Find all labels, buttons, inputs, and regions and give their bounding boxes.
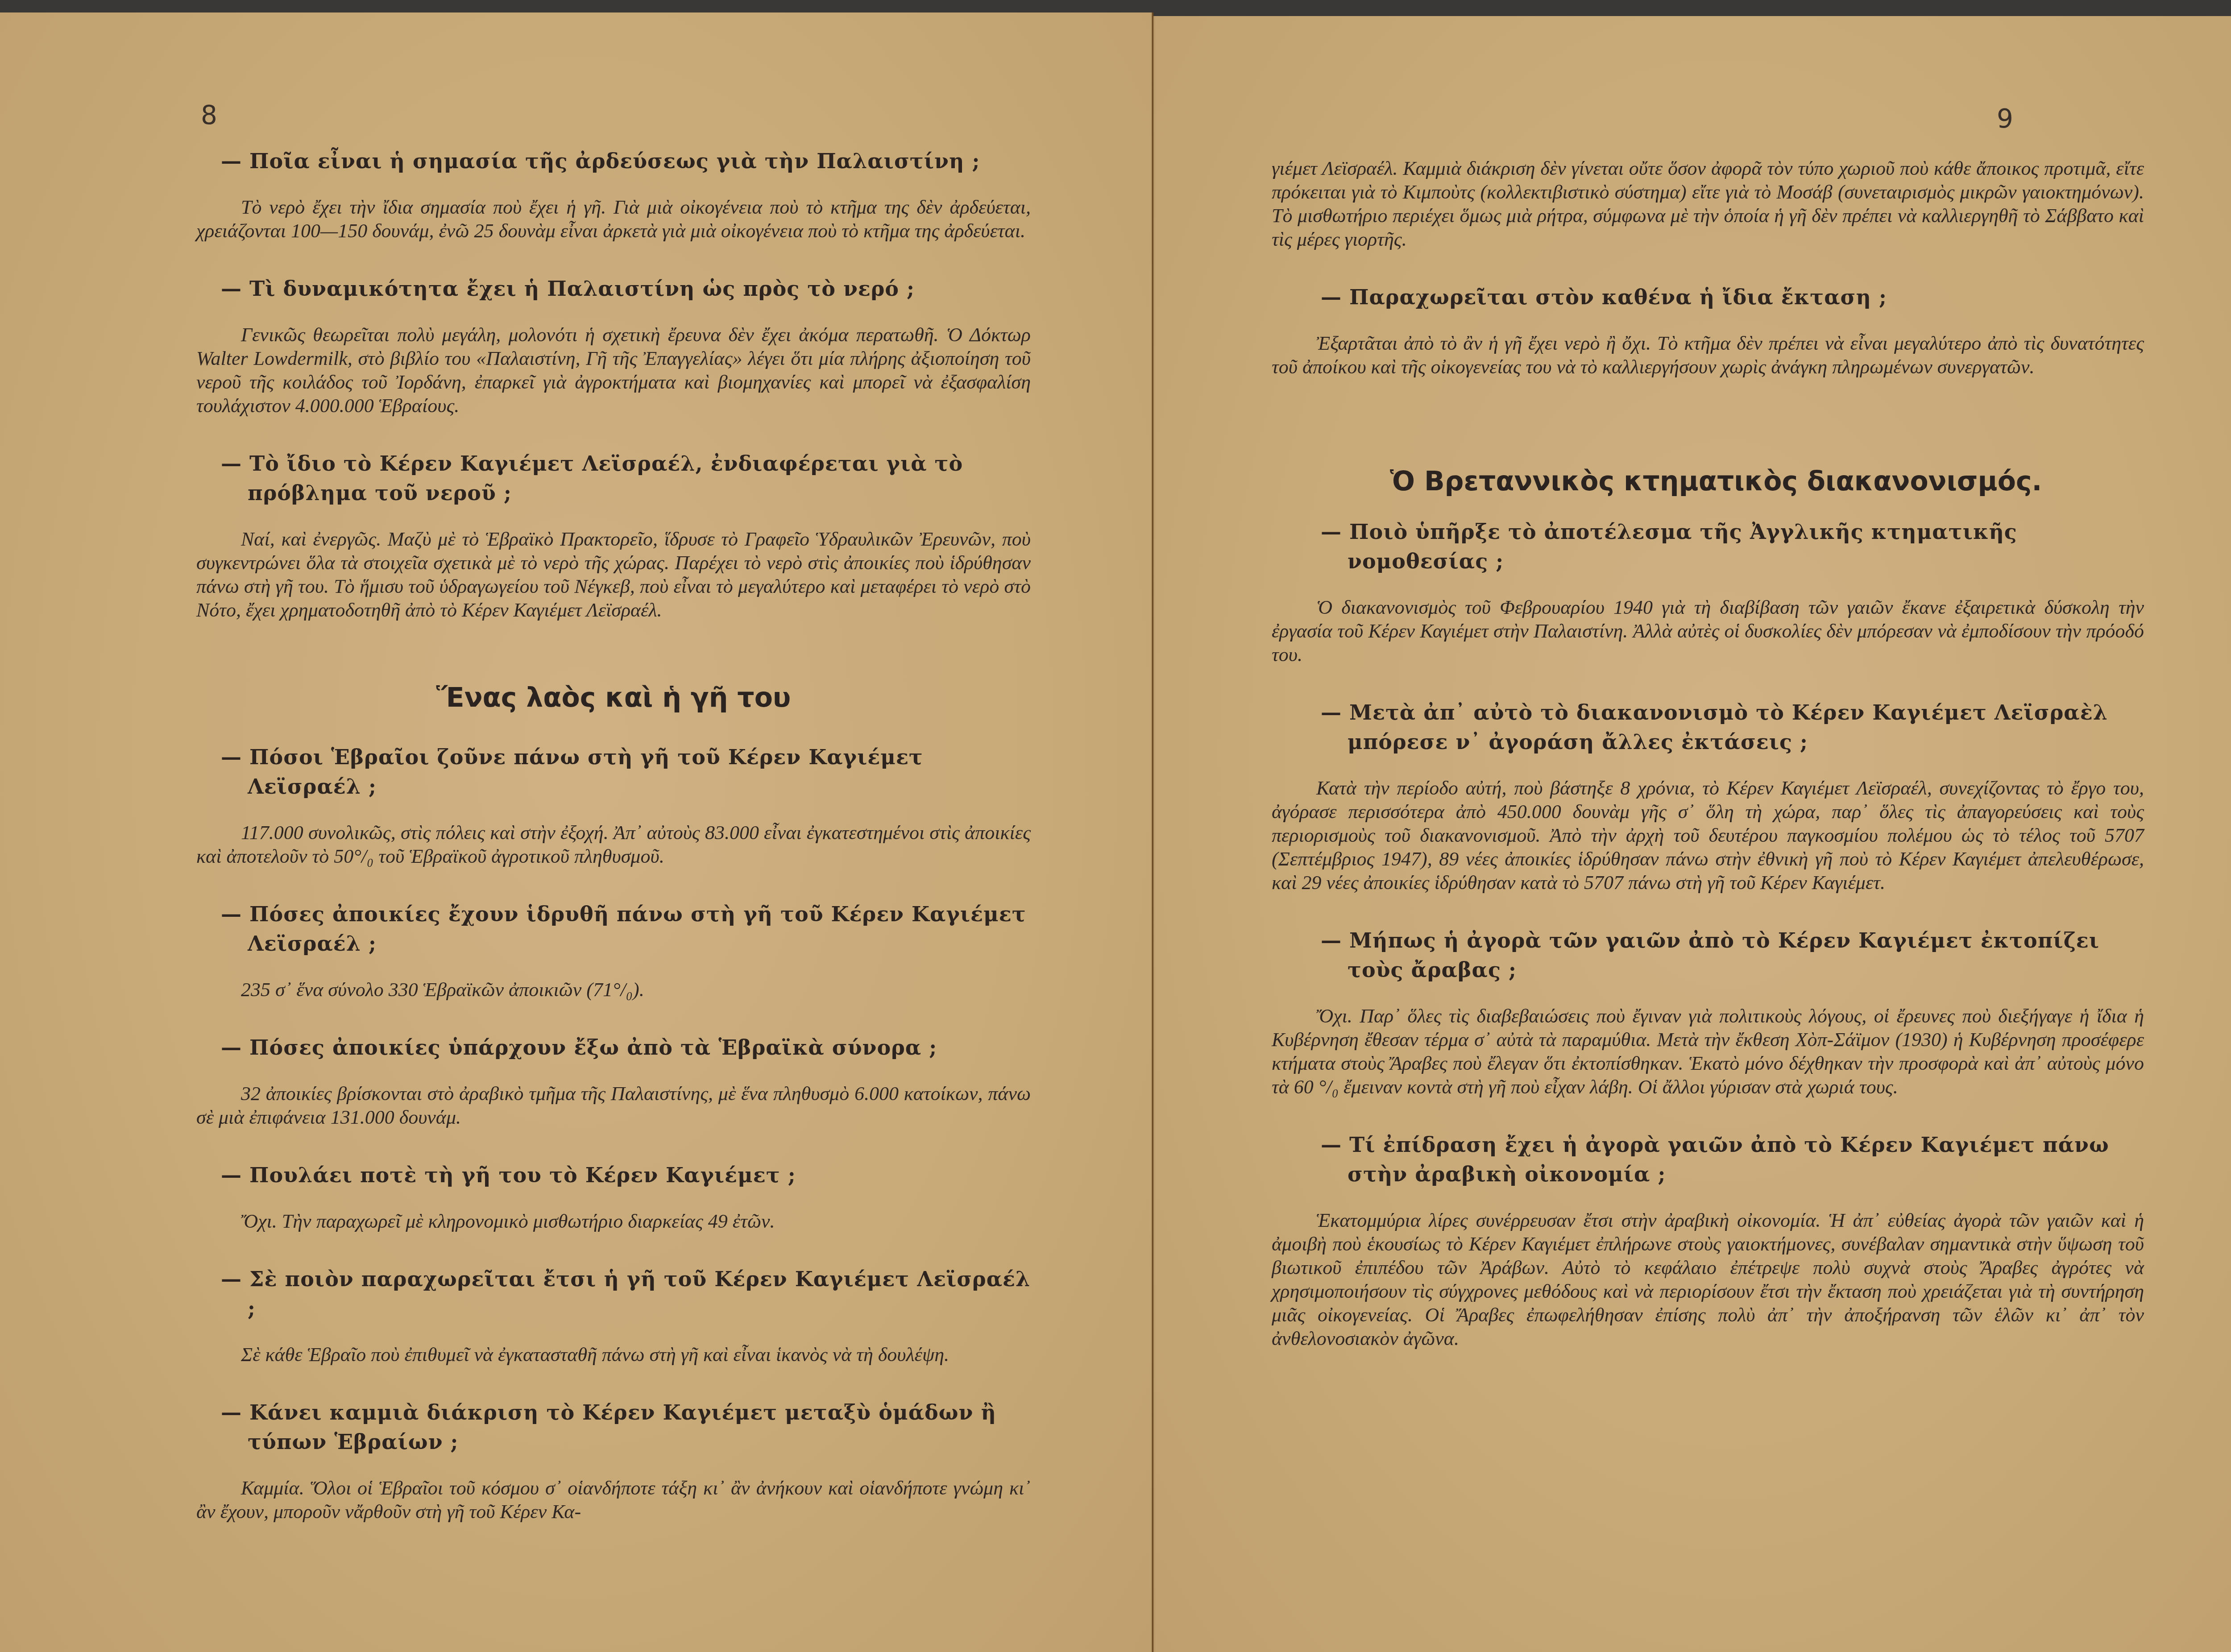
question: — Πόσες ἀποικίες ὑπάρχουν ἔξω ἀπὸ τὰ Ἑβρ… (196, 1033, 1031, 1062)
answer: Ὄχι. Τὴν παραχωρεῖ μὲ κληρονομικὸ μισθωτ… (196, 1209, 1031, 1233)
question: — Τὸ ἴδιο τὸ Κέρεν Καγιέμετ Λεϊσραέλ, ἐν… (196, 449, 1031, 508)
answer: Καμμία. Ὅλοι οἱ Ἑβραῖοι τοῦ κόσμου σ᾿ οἱ… (196, 1476, 1031, 1524)
section-heading: Ὁ Βρεταννικὸς κτηματικὸς διακανονισμός. (1272, 464, 2144, 499)
question: — Ποῖα εἶναι ἡ σημασία τῆς ἀρδεύσεως γιὰ… (196, 146, 1031, 176)
answer: 235 σ᾿ ἕνα σύνολο 330 Ἑβραϊκῶν ἀποικιῶν … (196, 978, 1031, 1002)
question: — Τὶ δυναμικότητα ἔχει ἡ Παλαιστίνη ὡς π… (196, 274, 1031, 303)
book-spread: 8 — Ποῖα εἶναι ἡ σημασία τῆς ἀρδεύσεως γ… (0, 12, 2231, 1652)
question: — Ποιὸ ὑπῆρξε τὸ ἀποτέλεσμα τῆς Ἀγγλικῆς… (1272, 517, 2144, 576)
answer: Κατὰ τὴν περίοδο αὐτή, ποὺ βάστηξε 8 χρό… (1272, 776, 2144, 894)
question: — Τί ἐπίδραση ἔχει ἡ ἀγορὰ γαιῶν ἀπὸ τὸ … (1272, 1130, 2144, 1189)
section-heading: Ἕνας λαὸς καὶ ἡ γῆ του (196, 680, 1031, 716)
question: — Πόσοι Ἑβραῖοι ζοῦνε πάνω στὴ γῆ τοῦ Κέ… (196, 742, 1031, 801)
answer-continued: γιέμετ Λεϊσραέλ. Καμμιὰ διάκριση δὲν γίν… (1272, 157, 2144, 251)
answer: Ναί, καὶ ἐνεργῶς. Μαζὺ μὲ τὸ Ἑβραϊκὸ Πρα… (196, 527, 1031, 622)
question: — Πουλάει ποτὲ τὴ γῆ του τὸ Κέρεν Καγιέμ… (196, 1160, 1031, 1190)
left-page-content: — Ποῖα εἶναι ἡ σημασία τῆς ἀρδεύσεως γιὰ… (196, 146, 1031, 1555)
answer: Σὲ κάθε Ἑβραῖο ποὺ ἐπιθυμεῖ νὰ ἐγκαταστα… (196, 1343, 1031, 1366)
question: — Κάνει καμμιὰ διάκριση τὸ Κέρεν Καγιέμε… (196, 1398, 1031, 1457)
answer: Ὁ διακανονισμὸς τοῦ Φεβρουαρίου 1940 γιὰ… (1272, 596, 2144, 667)
answer: Τὸ νερὸ ἔχει τὴν ἴδια σημασία ποὺ ἔχει ἡ… (196, 195, 1031, 243)
question: — Πόσες ἀποικίες ἔχουν ἱδρυθῆ πάνω στὴ γ… (196, 899, 1031, 958)
page-number-left: 8 (201, 100, 217, 130)
question: — Μήπως ἡ ἀγορὰ τῶν γαιῶν ἀπὸ τὸ Κέρεν Κ… (1272, 926, 2144, 985)
answer: Ἐξαρτᾶται ἀπὸ τὸ ἂν ἡ γῆ ἔχει νερὸ ἢ ὄχι… (1272, 331, 2144, 379)
answer: Ἑκατομμύρια λίρες συνέρρευσαν ἔτσι στὴν … (1272, 1209, 2144, 1350)
right-page: 9 γιέμετ Λεϊσραέλ. Καμμιὰ διάκριση δὲν γ… (1153, 16, 2231, 1652)
answer: 32 ἀποικίες βρίσκονται στὸ ἀραβικὸ τμῆμα… (196, 1082, 1031, 1129)
book-spine-fold (1151, 12, 1156, 1652)
answer: Γενικῶς θεωρεῖται πολὺ μεγάλη, μολονότι … (196, 323, 1031, 418)
question: — Παραχωρεῖται στὸν καθένα ἡ ἴδια ἔκταση… (1272, 282, 2144, 312)
left-page: 8 — Ποῖα εἶναι ἡ σημασία τῆς ἀρδεύσεως γ… (0, 12, 1153, 1652)
answer: 117.000 συνολικῶς, στὶς πόλεις καὶ στὴν … (196, 821, 1031, 868)
right-page-content: γιέμετ Λεϊσραέλ. Καμμιὰ διάκριση δὲν γίν… (1272, 157, 2144, 1382)
question: — Μετὰ ἀπ᾿ αὐτὸ τὸ διακανονισμὸ τὸ Κέρεν… (1272, 698, 2144, 757)
answer: Ὄχι. Παρ᾿ ὅλες τὶς διαβεβαιώσεις ποὺ ἔγι… (1272, 1004, 2144, 1099)
question: — Σὲ ποιὸν παραχωρεῖται ἔτσι ἡ γῆ τοῦ Κέ… (196, 1264, 1031, 1323)
page-number-right: 9 (1997, 104, 2013, 134)
